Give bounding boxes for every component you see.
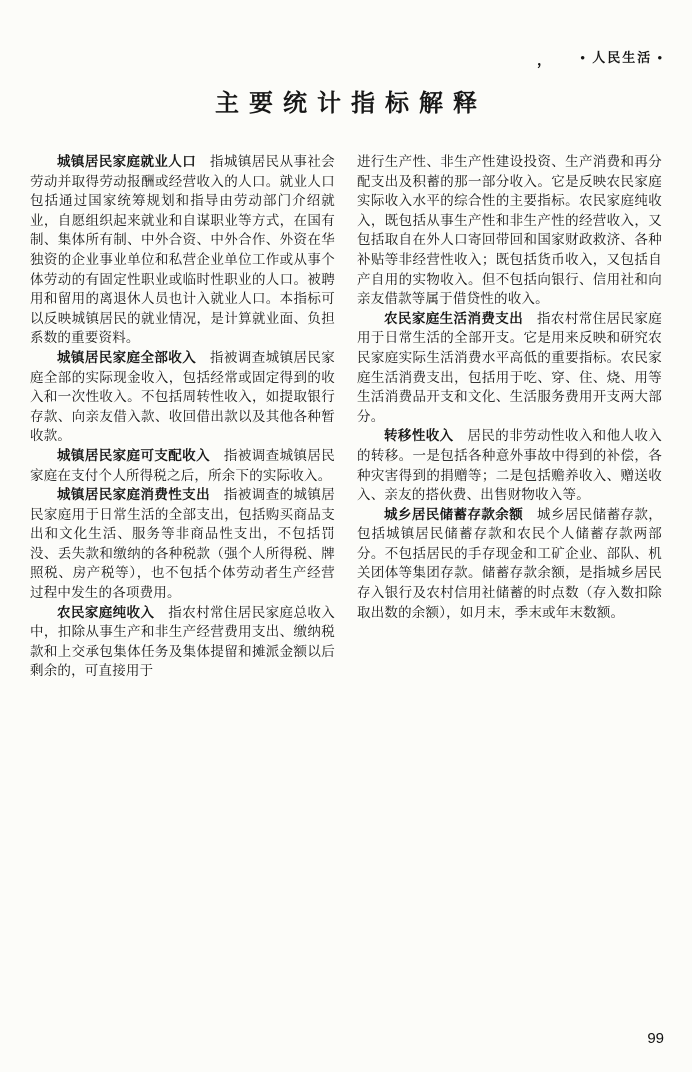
definition-text: 城乡居民储蓄存款，包括城镇居民储蓄存款和农民个人储蓄存款两部分。不包括居民的手存… xyxy=(357,507,662,620)
term-label: 城镇居民家庭可支配收入 xyxy=(57,448,210,463)
definition-paragraph: 城乡居民储蓄存款余额 城乡居民储蓄存款，包括城镇居民储蓄存款和农民个人储蓄存款两… xyxy=(357,505,662,623)
stray-comma-mark: ， xyxy=(537,50,551,70)
definition-text: 指被调查的城镇居民家庭用于日常生活的全部支出，包括购买商品支出和文化生活、服务等… xyxy=(30,487,335,600)
right-column: 进行生产性、非生产性建设投资、生产消费和再分配支出及积蓄的那一部分收入。它是反映… xyxy=(357,152,662,681)
text-columns: 城镇居民家庭就业人口 指城镇居民从事社会劳动并取得劳动报酬或经营收入的人口。就业… xyxy=(30,152,662,681)
definition-paragraph: 城镇居民家庭可支配收入 指被调查城镇居民家庭在支付个人所得税之后，所余下的实际收… xyxy=(30,446,335,485)
term-label: 城乡居民储蓄存款余额 xyxy=(384,507,523,522)
left-column: 城镇居民家庭就业人口 指城镇居民从事社会劳动并取得劳动报酬或经营收入的人口。就业… xyxy=(30,152,335,681)
definition-paragraph: 农民家庭纯收入 指农村常住居民家庭总收入中，扣除从事生产和非生产经营费用支出、缴… xyxy=(30,603,335,681)
term-label: 城镇居民家庭消费性支出 xyxy=(57,487,210,502)
definition-paragraph-continued: 进行生产性、非生产性建设投资、生产消费和再分配支出及积蓄的那一部分收入。它是反映… xyxy=(357,152,662,309)
term-label: 转移性收入 xyxy=(384,428,454,443)
term-label: 农民家庭纯收入 xyxy=(57,605,154,620)
definition-paragraph: 城镇居民家庭全部收入 指被调查城镇居民家庭全部的实际现金收入，包括经常或固定得到… xyxy=(30,348,335,446)
page-title: 主要统计指标解释 xyxy=(0,83,692,118)
definition-text: 指农村常住居民家庭用于日常生活的全部开支。它是用来反映和研究农民家庭实际生活消费… xyxy=(357,311,662,424)
definition-paragraph: 农民家庭生活消费支出 指农村常住居民家庭用于日常生活的全部开支。它是用来反映和研… xyxy=(357,309,662,427)
definition-paragraph: 城镇居民家庭就业人口 指城镇居民从事社会劳动并取得劳动报酬或经营收入的人口。就业… xyxy=(30,152,335,348)
definition-paragraph: 转移性收入 居民的非劳动性收入和他人收入的转移。一是包括各种意外事故中得到的补偿… xyxy=(357,426,662,504)
document-page: ， • 人民生活 • 主要统计指标解释 城镇居民家庭就业人口 指城镇居民从事社会… xyxy=(0,0,692,1072)
definition-paragraph: 城镇居民家庭消费性支出 指被调查的城镇居民家庭用于日常生活的全部支出，包括购买商… xyxy=(30,485,335,603)
term-label: 城镇居民家庭就业人口 xyxy=(57,154,196,169)
page-number: 99 xyxy=(647,1030,664,1047)
definition-text: 进行生产性、非生产性建设投资、生产消费和再分配支出及积蓄的那一部分收入。它是反映… xyxy=(357,154,662,306)
definition-text: 指城镇居民从事社会劳动并取得劳动报酬或经营收入的人口。就业人口包括通过国家统筹规… xyxy=(30,154,335,345)
term-label: 城镇居民家庭全部收入 xyxy=(57,350,196,365)
term-label: 农民家庭生活消费支出 xyxy=(384,311,523,326)
section-header: • 人民生活 • xyxy=(580,47,664,66)
